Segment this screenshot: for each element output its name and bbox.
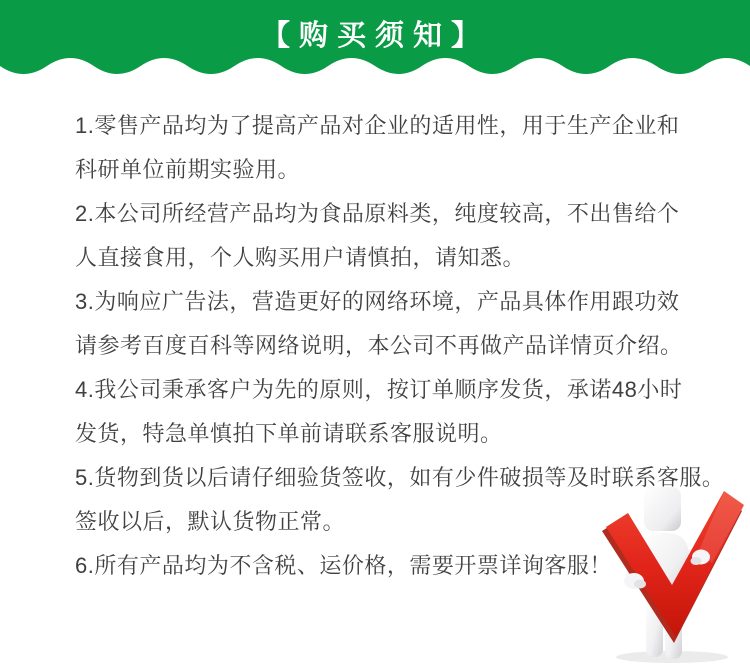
notice-2-line-2: 人直接食用，个人购买用户请慎拍，请知悉。: [75, 236, 715, 280]
notice-4-line-1: 4.我公司秉承客户为先的原则，按订单顺序发货，承诺48小时: [75, 368, 715, 412]
checkmark-mascot-icon: [600, 485, 750, 665]
notice-1-line-1: 1.零售产品均为了提高产品对企业的适用性，用于生产企业和: [75, 104, 715, 148]
checkmark-mascot: [600, 485, 750, 665]
notice-4-line-2: 发货，特急单慎拍下单前请联系客服说明。: [75, 412, 715, 456]
notice-1-line-2: 科研单位前期实验用。: [75, 148, 715, 192]
notice-3-line-1: 3.为响应广告法，营造更好的网络环境，产品具体作用跟功效: [75, 280, 715, 324]
notice-2-line-1: 2.本公司所经营产品均为食品原料类，纯度较高，不出售给个: [75, 192, 715, 236]
purchase-notice-banner: 【购买须知】: [0, 0, 750, 84]
notice-3-line-2: 请参考百度百科等网络说明，本公司不再做产品详情页介绍。: [75, 324, 715, 368]
mascot-head: [644, 487, 681, 531]
page-title: 【购买须知】: [0, 16, 750, 56]
purchase-notice-page: 【购买须知】 1.零售产品均为了提高产品对企业的适用性，用于生产企业和 科研单位…: [0, 0, 750, 667]
